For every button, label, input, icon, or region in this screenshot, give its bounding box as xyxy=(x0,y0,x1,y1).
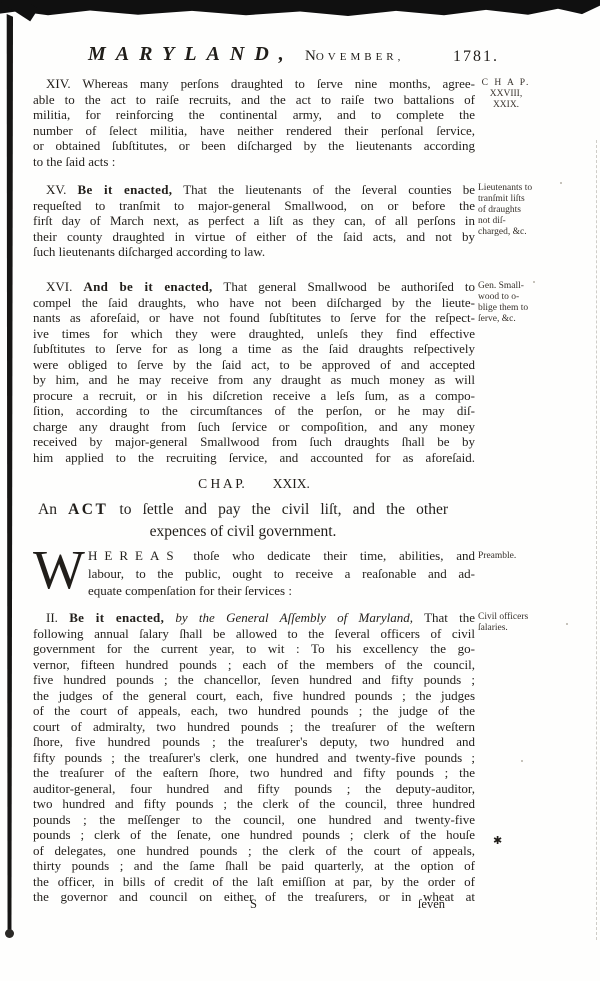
text-line: received by major-general Smallwood from… xyxy=(33,434,475,450)
scanned-page: MARYLAND, NOVEMBER, 1781. C H A P. XXVII… xyxy=(0,0,600,981)
text-segment: Whereas many perſons draughted to ſerve … xyxy=(82,76,475,91)
text-line: to the ſaid acts : xyxy=(33,154,475,170)
section-xiv-paragraph: XIV. Whereas many perſons draughted to ſ… xyxy=(33,76,475,169)
margin-note-line: XXVIII, xyxy=(478,89,534,100)
text-line: ive times for which they were draughted,… xyxy=(33,326,475,342)
text-line: government for the current year, to wit … xyxy=(33,641,475,657)
page-footer: S ſeven xyxy=(33,897,475,915)
margin-note-chapter: C H A P. XXVIII,XXIX. xyxy=(478,78,534,111)
text-line: labour, to the public, ought to receive … xyxy=(88,565,475,583)
text-line: auditor-general, four hundred and fifty … xyxy=(33,781,475,797)
margin-note-line: wood to o- xyxy=(478,292,562,303)
right-edge-scan-artifact xyxy=(596,140,597,940)
signature-mark: S xyxy=(250,897,257,912)
text-line: militia, for reinforcing the continental… xyxy=(33,107,475,123)
margin-note-line: of draughts xyxy=(478,205,562,216)
preamble-caps: HEREAS xyxy=(88,548,181,563)
text-line: court of admiralty, two hundred pounds ;… xyxy=(33,719,475,735)
section-xvi-paragraph: XVI. And be it enacted, That general Sma… xyxy=(33,279,475,465)
text-line: by him, and he may receive from any drau… xyxy=(33,372,475,388)
margin-note-preamble: Preamble. xyxy=(478,551,562,562)
act-rest: to ſettle and pay the civil liſt, and th… xyxy=(108,501,448,518)
enacting-clause: Be it enacted, xyxy=(69,610,164,625)
margin-note-line: Civil officers xyxy=(478,612,562,623)
margin-note-line: not diſ- xyxy=(478,216,562,227)
enacting-clause: And be it enacted, xyxy=(83,279,212,294)
paragraph-lines: following annual ſalary ſhall be allowed… xyxy=(33,626,475,905)
top-edge-scan-artifact xyxy=(0,0,600,16)
text-line: firſt day of March next, as perfect a li… xyxy=(33,213,475,229)
text-line: nants as aforeſaid, or have not found ſu… xyxy=(33,310,475,326)
dropcap-w: W xyxy=(33,545,85,595)
chap-label: C H A P. xyxy=(198,476,245,492)
margin-note-line: ſerve, &c. xyxy=(478,314,562,325)
binding-gutter-artifact xyxy=(6,14,13,935)
text-line: the treaſurer of the eaſtern ſhore, two … xyxy=(33,765,475,781)
text-line: ſhore, five hundred pounds ; the treaſur… xyxy=(33,734,475,750)
section-number: XV. xyxy=(46,182,66,197)
catchword: ſeven xyxy=(418,897,445,912)
text-line: the officer, in bills of credit of the l… xyxy=(33,874,475,890)
margin-note-line: charged, &c. xyxy=(478,227,562,238)
text-line: XIV. Whereas many perſons draughted to ſ… xyxy=(33,76,475,92)
text-line: requeſted to tranſmit to major-general S… xyxy=(33,198,475,214)
text-line: thirty pounds ; and the ſame ſhall be pa… xyxy=(33,858,475,874)
text-line: vernor, fifteen hundred pounds ; each of… xyxy=(33,657,475,673)
section-number: II. xyxy=(46,610,58,625)
text-line: XV. Be it enacted, That the lieutenants … xyxy=(33,182,475,198)
margin-note-line: Lieutenants to xyxy=(478,183,562,194)
text-line: XVI. And be it enacted, That general Sma… xyxy=(33,279,475,295)
text-line: equate compenſation for their ſervices : xyxy=(88,582,475,600)
margin-note-smallwood: Gen. Small-wood to o-blige them toſerve,… xyxy=(478,281,562,325)
text-line: of delegates, one hundred pounds ; the c… xyxy=(33,843,475,859)
text-line: charge any draught from ſuch ſervice or … xyxy=(33,419,475,435)
margin-note-line: Preamble. xyxy=(478,551,562,562)
text-line: two hundred and fifty pounds ; the clerk… xyxy=(33,796,475,812)
text-line: him applied to the recruiting ſervice, a… xyxy=(33,450,475,466)
page-title-year: 1781. xyxy=(453,48,499,66)
text-segment: That the xyxy=(424,610,475,625)
text-line: the judges of the general court, each, f… xyxy=(33,688,475,704)
margin-note-line: XXIX. xyxy=(478,100,534,111)
text-line: II. Be it enacted, by the General Aſſemb… xyxy=(33,610,475,626)
chap-number: XXIX. xyxy=(273,476,310,492)
act-word: ACT xyxy=(68,501,108,518)
text-segment: That the lieutenants of the ſeveral coun… xyxy=(183,182,475,197)
text-line: five hundred pounds ; the chancellor, ſe… xyxy=(33,672,475,688)
section-number: XVI. xyxy=(46,279,72,294)
text-line: number of ſelect militia, have neither r… xyxy=(33,123,475,139)
section-xv-paragraph: XV. Be it enacted, That the lieutenants … xyxy=(33,182,475,260)
text-line: were obliged to ſerve by the ſaid act, t… xyxy=(33,357,475,373)
margin-note-line: blige them to xyxy=(478,303,562,314)
text-line: compel the ſaid draughts, who have not b… xyxy=(33,295,475,311)
act-prefix: An xyxy=(38,501,68,518)
speck-artifact xyxy=(566,623,568,625)
margin-note-line: ſalaries. xyxy=(478,623,562,634)
text-line: able to the act to raiſe recruits, and t… xyxy=(33,92,475,108)
paragraph-lines: able to the act to raiſe recruits, and t… xyxy=(33,92,475,170)
margin-note-line: Gen. Small- xyxy=(478,281,562,292)
page-title-state: MARYLAND, xyxy=(88,43,294,66)
margin-note-salaries: Civil officersſalaries. xyxy=(478,612,562,634)
margin-chap-numbers: XXVIII,XXIX. xyxy=(478,89,534,111)
text-line: their county draughted in virtue of eith… xyxy=(33,229,475,245)
text-line: ſuch lieutenants diſcharged according to… xyxy=(33,244,475,260)
act-title: An ACT to ſettle and pay the civil liſt,… xyxy=(38,499,448,543)
margin-note-line: tranſmit liſts xyxy=(478,194,562,205)
text-line: or obtained ſubſtitutes, or been diſchar… xyxy=(33,138,475,154)
text-line: of the court of appeals, each, two hundr… xyxy=(33,703,475,719)
page-title-month: NOVEMBER, xyxy=(305,47,404,65)
margin-note-lieutenants: Lieutenants totranſmit liſtsof draughtsn… xyxy=(478,183,562,238)
running-head: MARYLAND, NOVEMBER, 1781. xyxy=(33,40,493,66)
text-segment: thoſe who dedicate their time, abilities… xyxy=(193,548,475,563)
section-number: XIV. xyxy=(46,76,71,91)
text-line: pounds ; clerk of the ſenate, one hundre… xyxy=(33,827,475,843)
text-line: fifty pounds ; the treaſurer's clerk, on… xyxy=(33,750,475,766)
gutter-blob-artifact xyxy=(5,929,14,938)
enacting-clause: Be it enacted, xyxy=(78,182,173,197)
preamble-paragraph: W HEREAS thoſe who dedicate their time, … xyxy=(33,547,475,600)
act-title-line2: expences of civil government. xyxy=(38,521,448,543)
assembly-clause: by the General Aſſembly of Maryland, xyxy=(175,610,413,625)
speck-artifact xyxy=(521,760,523,762)
text-line: HEREAS thoſe who dedicate their time, ab… xyxy=(88,547,475,565)
paragraph-lines: requeſted to tranſmit to major-general S… xyxy=(33,198,475,260)
text-line: following annual ſalary ſhall be allowed… xyxy=(33,626,475,642)
chapter-29-heading: C H A P. XXIX. xyxy=(33,476,475,492)
month-rest: OVEMBER, xyxy=(316,51,405,63)
text-segment: That general Smallwood be authoriſed to xyxy=(223,279,475,294)
act-title-line1: An ACT to ſettle and pay the civil liſt,… xyxy=(38,499,448,521)
paragraph-lines: compel the ſaid draughts, who have not b… xyxy=(33,295,475,466)
section-ii-paragraph: II. Be it enacted, by the General Aſſemb… xyxy=(33,610,475,905)
text-line: procure a recruit, or in his diſcretion … xyxy=(33,388,475,404)
text-line: pounds ; the meſſenger to the council, o… xyxy=(33,812,475,828)
text-line: ſubſtitutes to ſerve for as long a time … xyxy=(33,341,475,357)
margin-asterisk-mark: ✱ xyxy=(493,834,502,847)
month-initial: N xyxy=(305,48,316,64)
margin-chap-heading: C H A P. xyxy=(478,78,534,89)
text-line: ſition, according to the circumſtances o… xyxy=(33,403,475,419)
paragraph-lines: labour, to the public, ought to receive … xyxy=(88,565,475,600)
